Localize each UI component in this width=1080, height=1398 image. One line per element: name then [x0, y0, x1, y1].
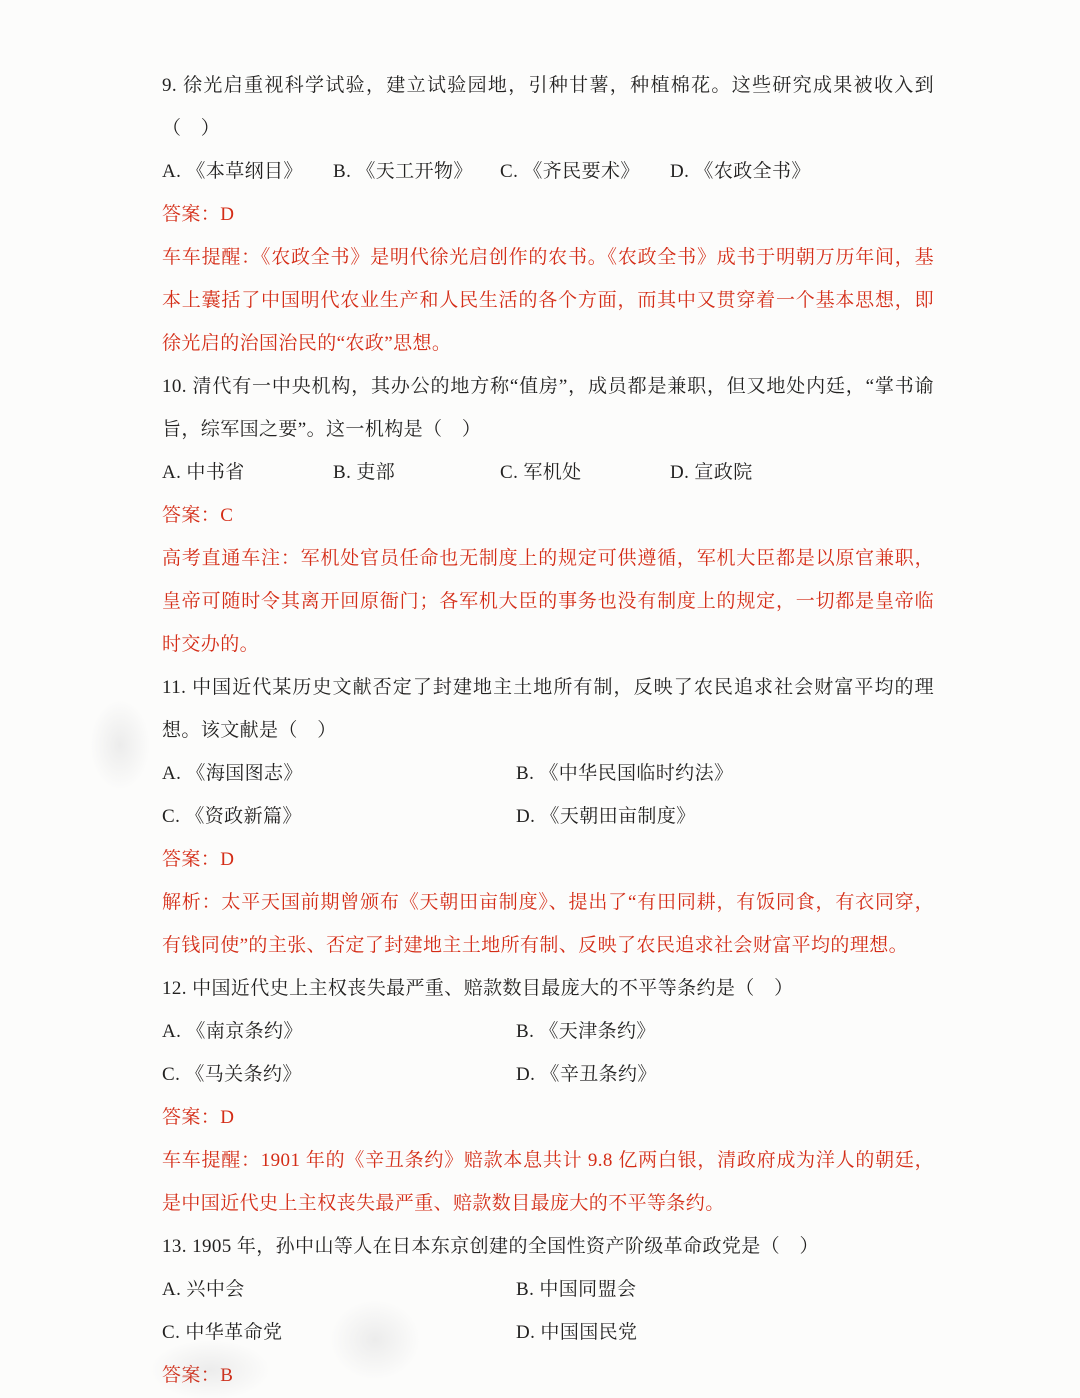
- options-row: A. 中书省 B. 吏部 C. 军机处 D. 宣政院: [162, 451, 934, 494]
- option-b: B. 吏部: [333, 451, 500, 494]
- option-b: B. 《中华民国临时约法》: [516, 752, 934, 795]
- scanned-exam-page: 9. 徐光启重视科学试验，建立试验园地，引种甘薯，种植棉花。这些研究成果被收入到…: [0, 0, 1080, 1398]
- options-grid: A. 兴中会 B. 中国同盟会 C. 中华革命党 D. 中国国民党: [162, 1268, 934, 1354]
- answer-line: 答案：C: [162, 494, 934, 537]
- question-block-13: 13. 1905 年，孙中山等人在日本东京创建的全国性资产阶级革命政党是（ ） …: [162, 1225, 934, 1397]
- question-text: 13. 1905 年，孙中山等人在日本东京创建的全国性资产阶级革命政党是（ ）: [162, 1225, 934, 1268]
- explanation-note: 车车提醒：1901 年的《辛丑条约》赔款本息共计 9.8 亿两白银，清政府成为洋…: [162, 1139, 934, 1225]
- option-c: C. 军机处: [500, 451, 670, 494]
- option-c: C. 《资政新篇》: [162, 795, 516, 838]
- option-d: D. 《天朝田亩制度》: [516, 795, 934, 838]
- option-a: A. 中书省: [162, 451, 333, 494]
- option-d: D. 《辛丑条约》: [516, 1053, 934, 1096]
- option-a: A. 《南京条约》: [162, 1010, 516, 1053]
- options-row: A. 《本草纲目》 B. 《天工开物》 C. 《齐民要术》 D. 《农政全书》: [162, 150, 934, 193]
- options-grid: A. 《南京条约》 B. 《天津条约》 C. 《马关条约》 D. 《辛丑条约》: [162, 1010, 934, 1096]
- answer-line: 答案：D: [162, 838, 934, 881]
- option-a: A. 《海国图志》: [162, 752, 516, 795]
- option-d: D. 中国国民党: [516, 1311, 934, 1354]
- answer-line: 答案：B: [162, 1354, 934, 1397]
- explanation-note: 解析：太平天国前期曾颁布《天朝田亩制度》、提出了“有田同耕，有饭同食，有衣同穿，…: [162, 881, 934, 967]
- option-c: C. 中华革命党: [162, 1311, 516, 1354]
- option-d: D. 宣政院: [670, 451, 934, 494]
- answer-line: 答案：D: [162, 1096, 934, 1139]
- question-text: 11. 中国近代某历史文献否定了封建地主土地所有制，反映了农民追求社会财富平均的…: [162, 666, 934, 752]
- option-b: B. 《天工开物》: [333, 150, 500, 193]
- question-text: 9. 徐光启重视科学试验，建立试验园地，引种甘薯，种植棉花。这些研究成果被收入到…: [162, 64, 934, 150]
- option-b: B. 《天津条约》: [516, 1010, 934, 1053]
- option-b: B. 中国同盟会: [516, 1268, 934, 1311]
- question-block-10: 10. 清代有一中央机构，其办公的地方称“值房”，成员都是兼职，但又地处内廷，“…: [162, 365, 934, 666]
- explanation-note: 高考直通车注：军机处官员任命也无制度上的规定可供遵循，军机大臣都是以原官兼职，皇…: [162, 537, 934, 666]
- question-text: 10. 清代有一中央机构，其办公的地方称“值房”，成员都是兼职，但又地处内廷，“…: [162, 365, 934, 451]
- option-a: A. 《本草纲目》: [162, 150, 333, 193]
- option-c: C. 《马关条约》: [162, 1053, 516, 1096]
- option-d: D. 《农政全书》: [670, 150, 934, 193]
- answer-line: 答案：D: [162, 193, 934, 236]
- question-block-12: 12. 中国近代史上主权丧失最严重、赔款数目最庞大的不平等条约是（ ） A. 《…: [162, 967, 934, 1225]
- option-a: A. 兴中会: [162, 1268, 516, 1311]
- question-text: 12. 中国近代史上主权丧失最严重、赔款数目最庞大的不平等条约是（ ）: [162, 967, 934, 1010]
- options-grid: A. 《海国图志》 B. 《中华民国临时约法》 C. 《资政新篇》 D. 《天朝…: [162, 752, 934, 838]
- question-block-11: 11. 中国近代某历史文献否定了封建地主土地所有制，反映了农民追求社会财富平均的…: [162, 666, 934, 967]
- explanation-note: 车车提醒：《农政全书》是明代徐光启创作的农书。《农政全书》成书于明朝万历年间，基…: [162, 236, 934, 365]
- option-c: C. 《齐民要术》: [500, 150, 670, 193]
- question-block-9: 9. 徐光启重视科学试验，建立试验园地，引种甘薯，种植棉花。这些研究成果被收入到…: [162, 64, 934, 365]
